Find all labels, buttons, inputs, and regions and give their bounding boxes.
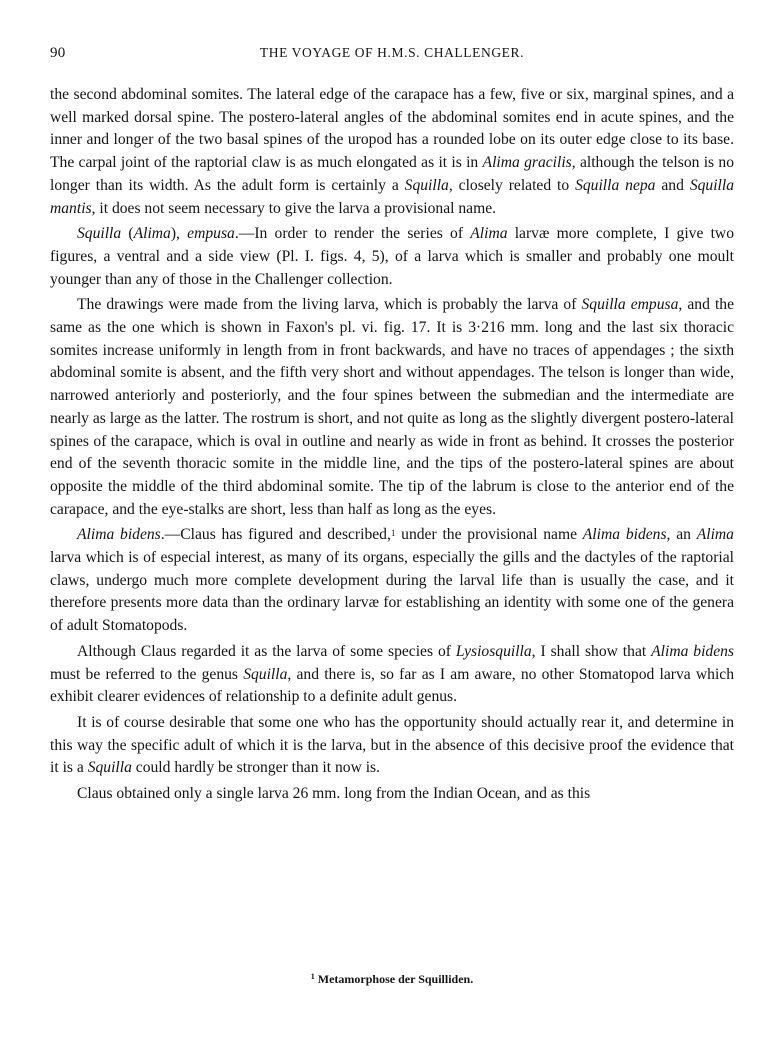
paragraph: Claus obtained only a single larva 26 mm… (50, 783, 734, 806)
italic-term: Alima (134, 225, 171, 242)
text-run: .—Claus has figured and described, (161, 526, 391, 543)
text-run: The drawings were made from the living l… (77, 296, 581, 313)
italic-term: Alima (697, 526, 734, 543)
italic-term: Alima bidens (583, 526, 667, 543)
italic-term: Squilla (243, 666, 287, 683)
italic-term: Alima (470, 225, 507, 242)
text-run: and (655, 177, 689, 194)
italic-term: Squilla empusa (581, 296, 678, 313)
paragraph: It is of course desirable that some one … (50, 712, 734, 780)
text-run: ( (121, 225, 133, 242)
text-run: , an (667, 526, 697, 543)
text-run: , and the same as the one which is shown… (50, 296, 734, 517)
text-run: ), (171, 225, 187, 242)
paragraph: the second abdominal somites. The latera… (50, 84, 734, 220)
footnote-reference: 1 (391, 528, 396, 538)
document-page: 90 THE VOYAGE OF H.M.S. CHALLENGER. the … (0, 0, 776, 1050)
running-head: 90 THE VOYAGE OF H.M.S. CHALLENGER. (50, 45, 734, 65)
paragraph: Squilla (Alima), empusa.—In order to ren… (50, 223, 734, 291)
footnote-text: Metamorphose der Squilliden. (315, 972, 473, 986)
italic-term: Squilla (77, 225, 121, 242)
body-text: the second abdominal somites. The latera… (50, 84, 734, 809)
text-run: larva which is of especial interest, as … (50, 549, 734, 634)
italic-term: Alima gracilis (483, 154, 572, 171)
italic-term: empusa (187, 225, 235, 242)
text-run: Although Claus regarded it as the larva … (77, 643, 456, 660)
running-title: THE VOYAGE OF H.M.S. CHALLENGER. (50, 45, 734, 61)
text-run: .—In order to render the series of (235, 225, 470, 242)
footnote: 1 Metamorphose der Squilliden. (50, 972, 734, 987)
italic-term: Alima bidens (651, 643, 734, 660)
text-run: under the provisional name (395, 526, 582, 543)
italic-term: Alima bidens (77, 526, 161, 543)
italic-term: Squilla (405, 177, 449, 194)
text-run: , it does not seem necessary to give the… (92, 200, 496, 217)
italic-term: Squilla (88, 759, 132, 776)
italic-term: Squilla nepa (575, 177, 655, 194)
text-run: could hardly be stronger than it now is. (132, 759, 380, 776)
paragraph: Although Claus regarded it as the larva … (50, 641, 734, 709)
italic-term: Lysiosquilla (456, 643, 532, 660)
text-run: , closely related to (449, 177, 575, 194)
text-run: must be referred to the genus (50, 666, 243, 683)
paragraph: The drawings were made from the living l… (50, 294, 734, 521)
paragraph: Alima bidens.—Claus has figured and desc… (50, 524, 734, 638)
text-run: , I shall show that (532, 643, 651, 660)
text-run: Claus obtained only a single larva 26 mm… (77, 785, 590, 802)
